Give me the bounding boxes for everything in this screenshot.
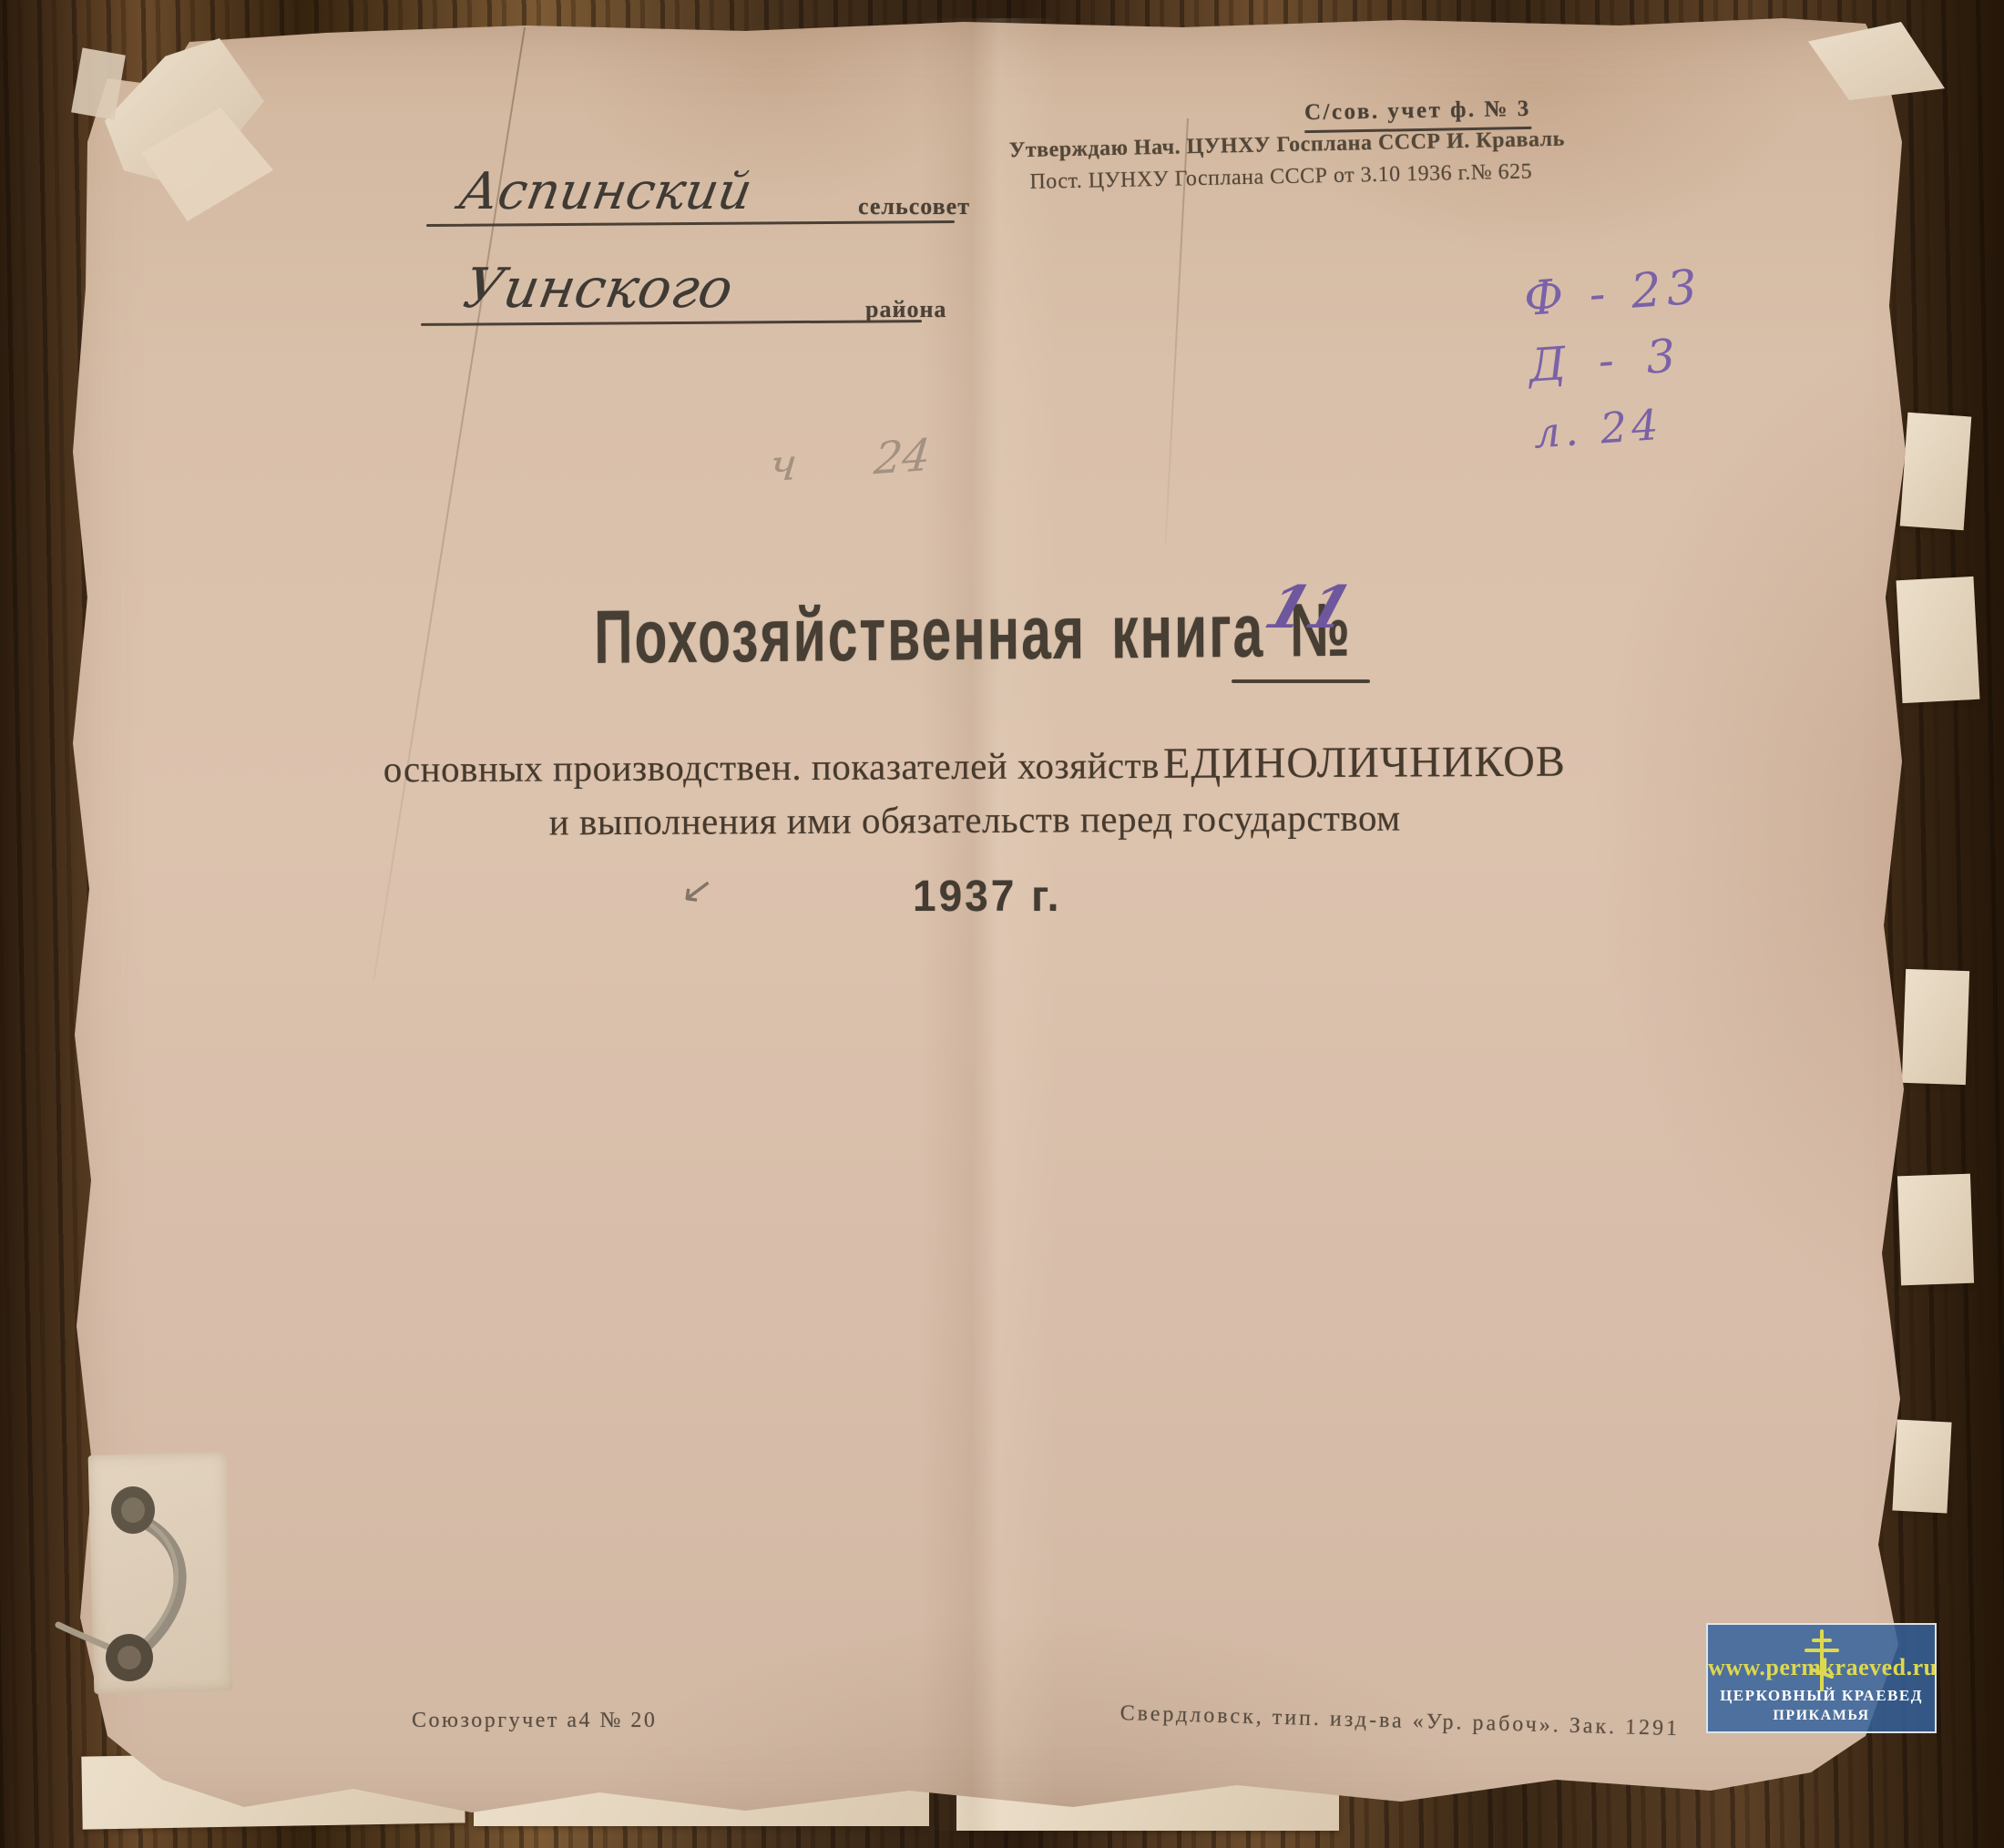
approval-block: Утверждаю Нач. ЦУНХУ Госплана СССР И. Кр… [1008, 128, 1565, 196]
page-edge [1900, 413, 1972, 531]
photo-of-document: С/сов. учет ф. № 3 Утверждаю Нач. ЦУНХУ … [0, 0, 2004, 1848]
archive-delo-mark: Д - 3 [1527, 327, 1709, 393]
watermark-url: www.permkraeved.ru [1708, 1654, 1935, 1681]
publisher-imprint-left: Союзоргучет а4 № 20 [412, 1709, 657, 1733]
subtitle-block: основных производствен. показателей хозя… [364, 736, 1586, 844]
selsoviet-handwritten-value: Аспинский [455, 162, 756, 221]
binding-string [53, 1410, 271, 1720]
subtitle-line1-caps: ЕДИНОЛИЧНИКОВ [1163, 738, 1566, 788]
watermark-line2: ПРИКАМЬЯ [1708, 1708, 1935, 1724]
page-edge [1897, 1174, 1974, 1286]
selsoviet-label: сельсовет [858, 193, 970, 220]
pencil-arrow-mark: ↙ [679, 865, 717, 914]
book-title: Похозяйственная книга № [594, 587, 1352, 680]
subtitle-line1-text: основных производствен. показателей хозя… [383, 744, 1160, 790]
form-reference: С/сов. учет ф. № 3 [1304, 97, 1531, 133]
district-label: района [865, 296, 946, 323]
watermark-line1: ЦЕРКОВНЫЙ КРАЕВЕД [1708, 1687, 1935, 1705]
title-number-line [1232, 679, 1370, 683]
watermark-panel: www.permkraeved.ru ЦЕРКОВНЫЙ КРАЕВЕД ПРИ… [1706, 1623, 1937, 1733]
archive-fond-mark: Ф - 23 [1522, 260, 1704, 327]
page-edge [1892, 1419, 1951, 1513]
archive-marks: Ф - 23 Д - 3 л. 24 [1522, 260, 1713, 457]
page-edge [1902, 969, 1969, 1085]
district-handwritten-value: Уинского [459, 257, 738, 321]
year-label: 1937 г. [913, 870, 1061, 922]
subtitle-line2: и выполнения ими обязательств перед госу… [364, 794, 1585, 844]
page-edge [1897, 577, 1980, 703]
